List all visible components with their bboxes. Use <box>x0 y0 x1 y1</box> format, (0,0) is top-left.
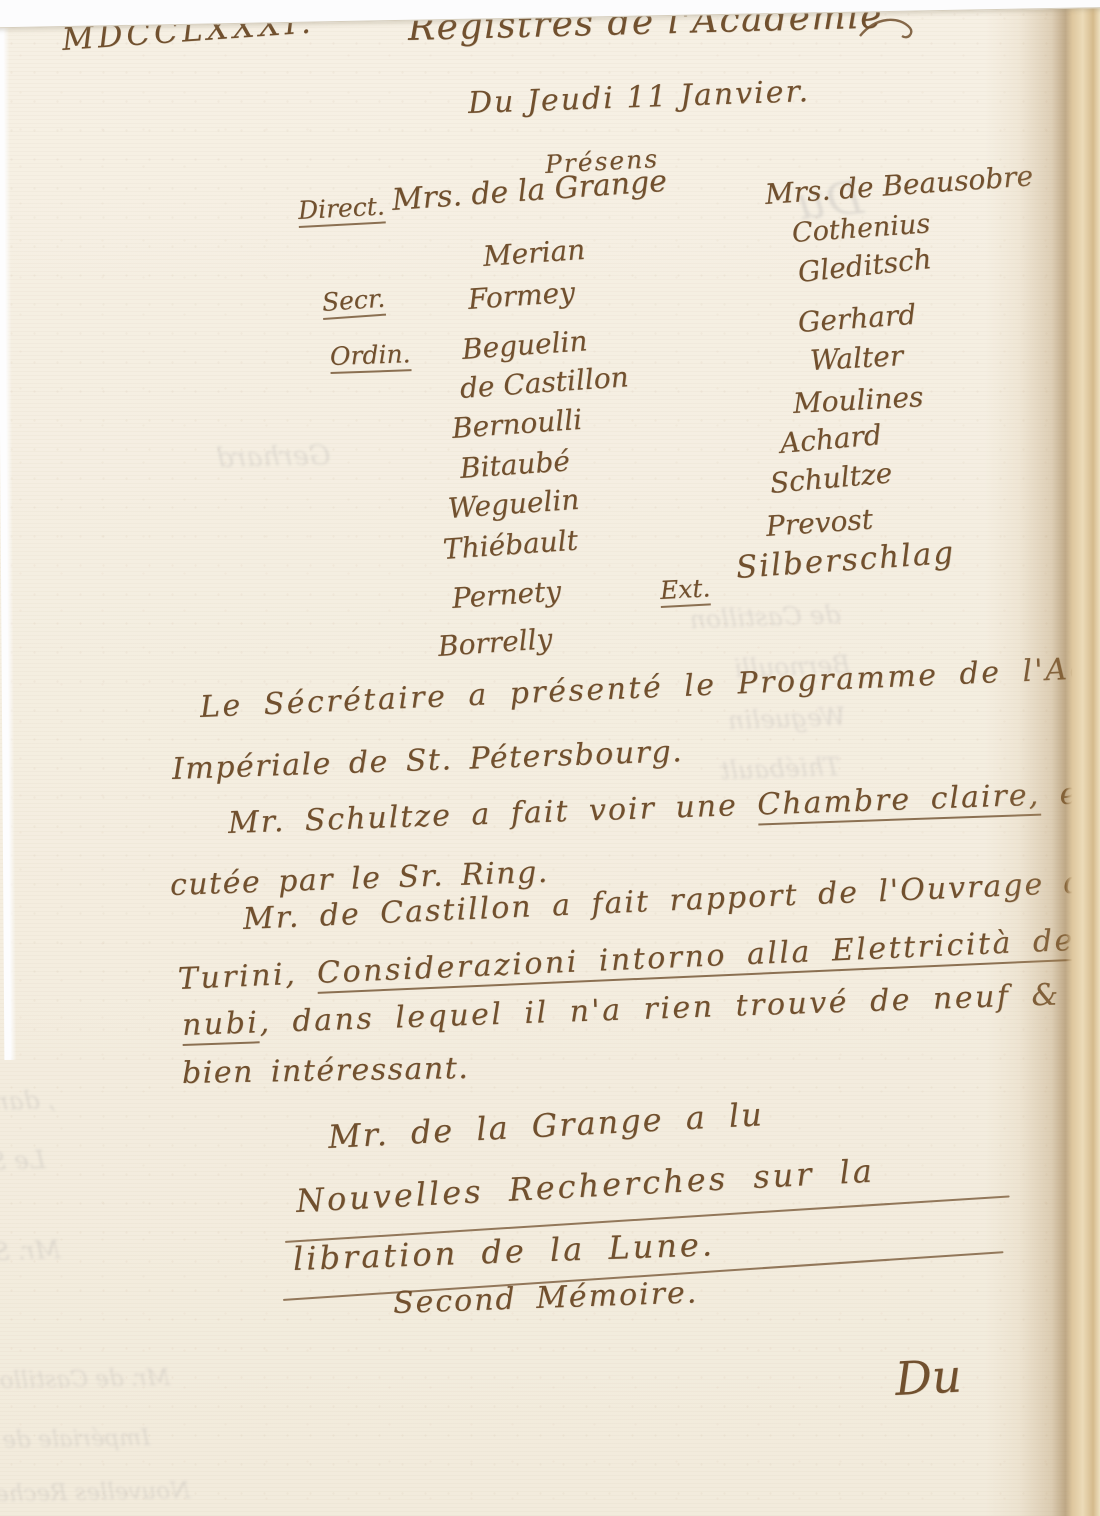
bleedthrough-text: Nouvelles Recherches sur la <box>0 1478 190 1510</box>
minutes-line: Second Mémoire. <box>392 1275 698 1321</box>
bleedthrough-text: Impériale de St. Pétersbourg. <box>0 1425 150 1457</box>
role-label-secretary: Secr. <box>321 284 386 317</box>
attendee-name: Formey <box>467 276 576 316</box>
page-edge-left <box>0 0 16 1060</box>
attendee-name: Prevost <box>765 503 874 543</box>
attendee-name: Bitaubé <box>459 444 571 485</box>
line-segment: nubi <box>181 1005 260 1046</box>
line-segment: Mr. de la Grange a lu <box>327 1095 765 1156</box>
page-edge-right <box>985 0 1100 1516</box>
attendee-name: Pernety <box>451 574 562 615</box>
minutes-line: libration de la Lune. <box>292 1225 715 1278</box>
minutes-line: Mr. Schultze a fait voir une Chambre cla… <box>227 775 1100 841</box>
title-flourish-icon <box>858 14 920 46</box>
line-segment: Impériale de St. Pétersbourg. <box>171 734 683 787</box>
minutes-line: Impériale de St. Pétersbourg. <box>171 734 683 787</box>
attendee-name: Gleditsch <box>796 242 933 289</box>
bleedthrough-text: Le Sécrétaire a présenté le Programme de… <box>0 1145 46 1198</box>
bleedthrough-text: Mr. de Castillon a fait rapport de l'Ouv… <box>0 1365 170 1401</box>
manuscript-page: Du de Castillon Bernoulli Weguelin Thiéb… <box>0 0 1100 1516</box>
attendee-name: Weguelin <box>447 483 581 525</box>
bleedthrough-text: , dans lequel il n'a rien trouvé de neuf… <box>0 1085 56 1133</box>
attendee-name: Bernoulli <box>451 403 583 445</box>
role-label-director: Direct. <box>297 191 385 225</box>
attendee-name: Achard <box>779 418 883 460</box>
attendee-name: de Castillon <box>459 360 630 405</box>
attendee-name: Mrs. de la Grange <box>391 164 668 218</box>
role-label-external: Ext. <box>659 573 711 605</box>
bleedthrough-text: Weguelin <box>728 702 846 735</box>
line-segment: Turini, <box>177 956 318 997</box>
attendee-name: Beguelin <box>461 324 589 366</box>
minutes-line: bien intéressant. <box>182 1051 470 1091</box>
line-segment: Mr. Schultze a fait voir une <box>227 788 757 841</box>
bleedthrough-text: Gerhard <box>216 440 331 474</box>
minutes-line: Le Sécrétaire a présenté le Programme de… <box>199 646 1100 725</box>
line-segment: Second Mémoire. <box>392 1275 698 1321</box>
bleedthrough-text: Mr. Schultze a fait voir une <box>0 1235 61 1276</box>
attendee-name: Moulines <box>792 380 924 420</box>
minutes-line: Mr. de la Grange a lu <box>327 1095 765 1156</box>
attendee-name: Walter <box>809 339 904 377</box>
attendee-name: Schultze <box>769 456 894 500</box>
catchword: Du <box>894 1349 963 1406</box>
attendee-name: Gerhard <box>797 298 917 339</box>
line-segment: bien intéressant. <box>182 1051 470 1091</box>
bleedthrough-text: de Castillon <box>689 600 841 634</box>
bleedthrough-text: Thiébault <box>719 752 841 785</box>
session-date: Du Jeudi 11 Janvier. <box>467 74 810 121</box>
attendee-name: Thiébault <box>442 524 579 566</box>
attendee-name: Merian <box>482 233 586 273</box>
line-segment: libration de la Lune. <box>292 1225 715 1278</box>
role-label-ordinary: Ordin. <box>329 339 410 371</box>
attendee-name: Borrelly <box>437 622 554 663</box>
line-segment: Le Sécrétaire a présenté le Programme de… <box>199 646 1100 725</box>
